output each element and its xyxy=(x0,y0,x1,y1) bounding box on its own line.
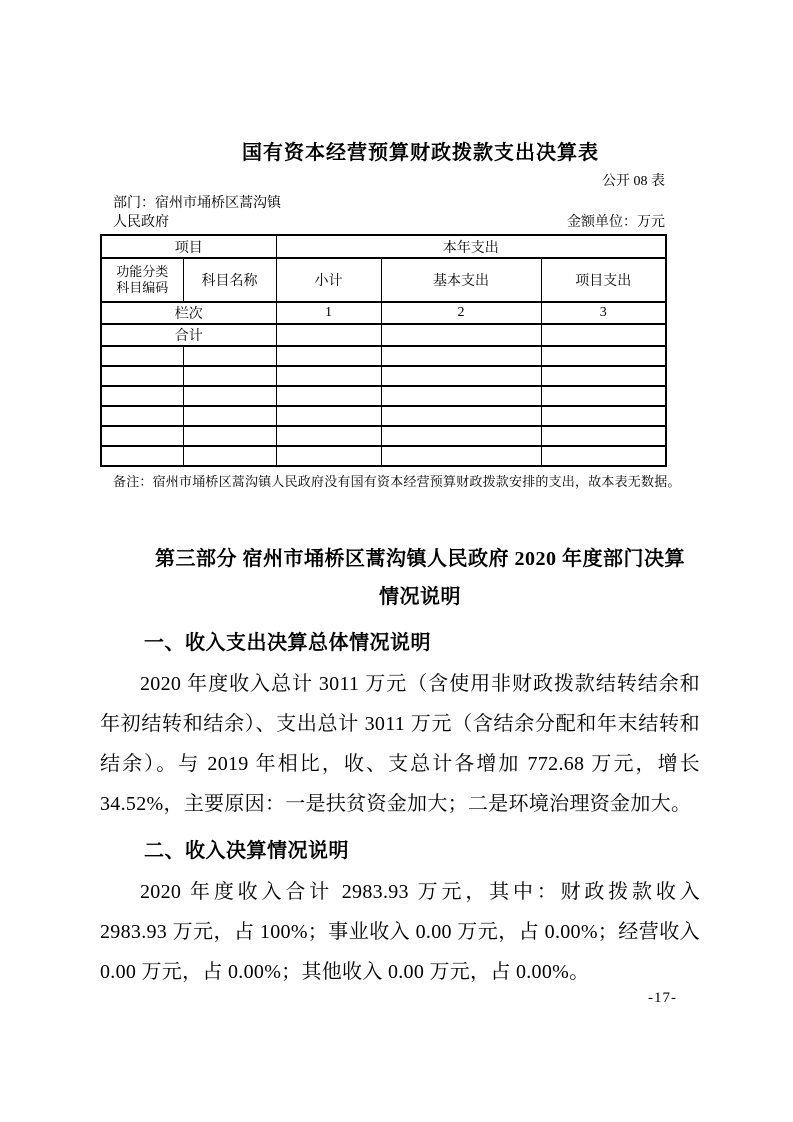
table-note: 备注：宿州市埇桥区蒿沟镇人民政府没有国有资本经营预算财政拨款安排的支出，故本表无… xyxy=(100,473,700,490)
empty-table-row xyxy=(101,406,666,426)
total-row: 合计 xyxy=(101,324,666,346)
empty-cell xyxy=(276,366,381,386)
empty-cell xyxy=(381,346,541,366)
empty-cell xyxy=(183,406,276,426)
header-func-code: 功能分类 科目编码 xyxy=(101,258,183,302)
empty-cell xyxy=(541,406,666,426)
column-number-3: 3 xyxy=(541,302,666,324)
empty-cell xyxy=(101,446,183,466)
empty-table-row xyxy=(101,386,666,406)
heading-overview: 一、收入支出决算总体情况说明 xyxy=(100,628,700,658)
empty-cell xyxy=(381,406,541,426)
paragraph-income: 2020 年度收入合计 2983.93 万元，其中：财政拨款收入 2983.93… xyxy=(100,872,700,992)
heading-income: 二、收入决算情况说明 xyxy=(100,836,700,866)
empty-cell xyxy=(541,446,666,466)
empty-cell xyxy=(541,426,666,446)
empty-cell xyxy=(101,366,183,386)
empty-cell xyxy=(541,366,666,386)
header-current-year-expenditure: 本年支出 xyxy=(276,235,666,258)
empty-table-row xyxy=(101,366,666,386)
row-index-label: 栏次 xyxy=(101,302,276,324)
expenditure-table: 项目 本年支出 功能分类 科目编码 科目名称 小计 基本支出 项目支出 栏次 1 xyxy=(100,234,667,467)
empty-cell xyxy=(276,386,381,406)
unit-label: 金额单位：万元 xyxy=(567,213,665,232)
empty-cell xyxy=(276,346,381,366)
column-number-2: 2 xyxy=(381,302,541,324)
total-subtotal-cell xyxy=(276,324,381,346)
empty-table-row xyxy=(101,346,666,366)
empty-cell xyxy=(183,446,276,466)
empty-cell xyxy=(276,446,381,466)
empty-cell xyxy=(101,386,183,406)
header-subtotal: 小计 xyxy=(276,258,381,302)
empty-cell xyxy=(101,426,183,446)
empty-cell xyxy=(381,426,541,446)
empty-cell xyxy=(276,426,381,446)
empty-cell xyxy=(183,426,276,446)
table-meta-row: 部门：宿州市埇桥区蒿沟镇 人民政府 金额单位：万元 xyxy=(100,194,665,232)
page-number: -17- xyxy=(648,990,677,1007)
header-project-expenditure: 项目支出 xyxy=(541,258,666,302)
empty-cell xyxy=(381,446,541,466)
table-title: 国有资本经营预算财政拨款支出决算表 xyxy=(100,140,703,166)
header-basic-expenditure: 基本支出 xyxy=(381,258,541,302)
empty-cell xyxy=(276,406,381,426)
empty-rows-body xyxy=(101,346,666,466)
department-label: 部门：宿州市埇桥区蒿沟镇 人民政府 xyxy=(100,194,281,232)
empty-cell xyxy=(541,346,666,366)
empty-cell xyxy=(381,366,541,386)
empty-cell xyxy=(381,386,541,406)
header-subject-name: 科目名称 xyxy=(183,258,276,302)
department-line2: 人民政府 xyxy=(113,213,281,232)
table-code: 公开 08 表 xyxy=(100,173,665,191)
empty-cell xyxy=(101,406,183,426)
page-content: 国有资本经营预算财政拨款支出决算表 公开 08 表 部门：宿州市埇桥区蒿沟镇 人… xyxy=(100,0,700,992)
column-index-row: 栏次 1 2 3 xyxy=(101,302,666,324)
header-row-columns: 功能分类 科目编码 科目名称 小计 基本支出 项目支出 xyxy=(101,258,666,302)
empty-cell xyxy=(183,366,276,386)
empty-cell xyxy=(101,346,183,366)
empty-cell xyxy=(541,386,666,406)
empty-table-row xyxy=(101,446,666,466)
empty-table-row xyxy=(101,426,666,446)
document-page: 国有资本经营预算财政拨款支出决算表 公开 08 表 部门：宿州市埇桥区蒿沟镇 人… xyxy=(0,0,793,1122)
header-row-groups: 项目 本年支出 xyxy=(101,235,666,258)
total-project-cell xyxy=(541,324,666,346)
total-row-label: 合计 xyxy=(101,324,276,346)
section-title-line2: 情况说明 xyxy=(140,578,700,616)
section-title: 第三部分 宿州市埇桥区蒿沟镇人民政府 2020 年度部门决算 情况说明 xyxy=(100,540,700,616)
column-number-1: 1 xyxy=(276,302,381,324)
empty-cell xyxy=(183,346,276,366)
header-project: 项目 xyxy=(101,235,276,258)
paragraph-overview: 2020 年度收入总计 3011 万元（含使用非财政拨款结转结余和年初结转和结余… xyxy=(100,664,700,824)
empty-cell xyxy=(183,386,276,406)
department-line1: 部门：宿州市埇桥区蒿沟镇 xyxy=(113,194,281,213)
section-title-line1: 第三部分 宿州市埇桥区蒿沟镇人民政府 2020 年度部门决算 xyxy=(140,540,700,578)
total-basic-cell xyxy=(381,324,541,346)
